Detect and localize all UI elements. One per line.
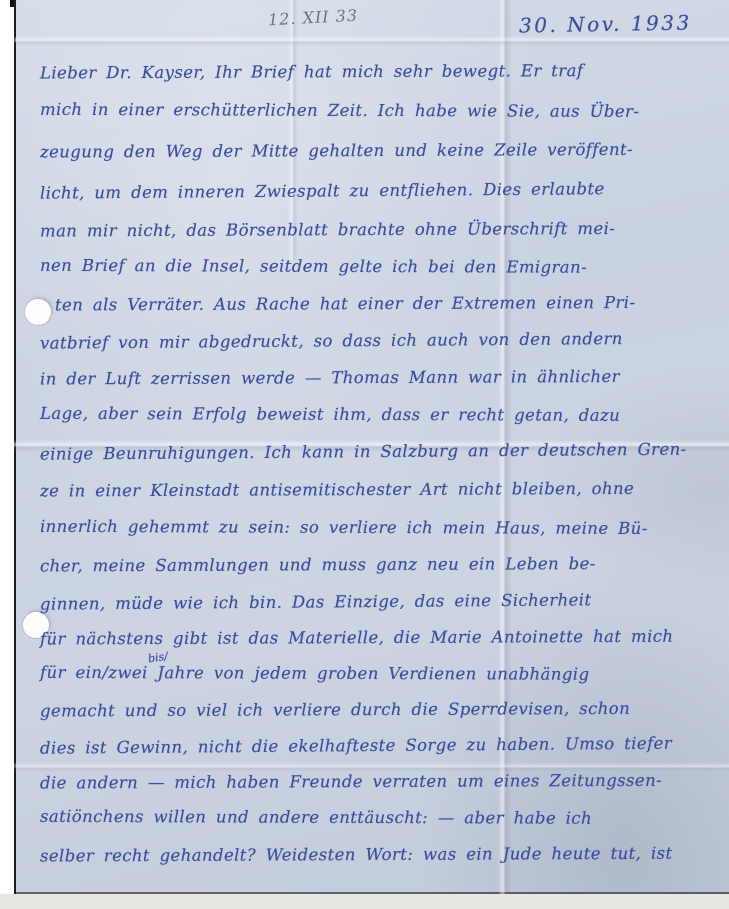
scanner-strip-bottom xyxy=(0,894,729,909)
handwriting-line-14: cher, meine Sammlungen und muss ganz neu… xyxy=(40,554,715,576)
hole-punch-top xyxy=(25,299,51,325)
handwriting-line-10: Lage, aber sein Erfolg beweist ihm, dass… xyxy=(40,404,715,425)
handwriting-line-12: ze in einer Kleinstadt antisemitischeste… xyxy=(40,479,715,501)
handwriting-line-5: man mir nicht, das Börsenblatt brachte o… xyxy=(40,219,715,241)
handwriting-line-9: in der Luft zerrissen werde — Thomas Man… xyxy=(40,367,715,389)
handwriting-line-7: ten als Verräter. Aus Rache hat einer de… xyxy=(55,293,729,315)
handwriting-line-6: nen Brief an die Insel, seitdem gelte ic… xyxy=(40,256,715,277)
handwriting-line-1: Lieber Dr. Kayser, Ihr Brief hat mich se… xyxy=(40,61,715,83)
handwriting-line-16: für nächstens gibt ist das Materielle, d… xyxy=(40,627,715,649)
handwriting-line-21: satiönchens willen und andere enttäuscht… xyxy=(40,807,715,828)
scanner-margin xyxy=(0,0,14,909)
handwriting-line-13: innerlich gehemmt zu sein: so verliere i… xyxy=(40,517,715,538)
handwriting-line-22: selber recht gehandelt? Weidesten Wort: … xyxy=(40,844,715,866)
handwriting-line-3: zeugung den Weg der Mitte gehalten und k… xyxy=(40,140,715,162)
handwriting-line-20: die andern — mich haben Freunde verraten… xyxy=(40,771,715,793)
handwriting-line-18: gemacht und so viel ich verliere durch d… xyxy=(40,699,715,721)
letter-date: 30. Nov. 1933 xyxy=(519,10,692,37)
handwriting-line-2: mich in einer erschütterlichen Zeit. Ich… xyxy=(40,100,715,121)
interline-insertion: bis/ xyxy=(147,650,169,666)
handwriting-line-17: für ein/zwei Jahre von jedem groben Verd… xyxy=(40,663,715,684)
